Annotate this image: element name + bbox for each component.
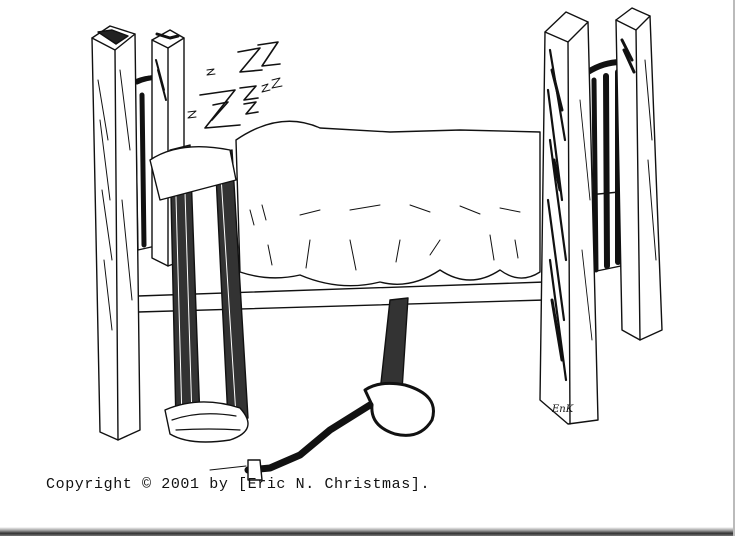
right-front-post (540, 12, 598, 424)
bed-rail (138, 282, 545, 312)
left-front-post (92, 26, 140, 440)
blanket (236, 121, 540, 285)
copyright-caption: Copyright © 2001 by [Eric N. Christmas]. (46, 476, 430, 493)
sketch-canvas: EnK (0, 0, 735, 536)
signature: EnK (551, 404, 574, 415)
snore-zzz (188, 42, 282, 128)
right-back-post (616, 8, 662, 340)
scan-bottom-edge (0, 527, 735, 536)
